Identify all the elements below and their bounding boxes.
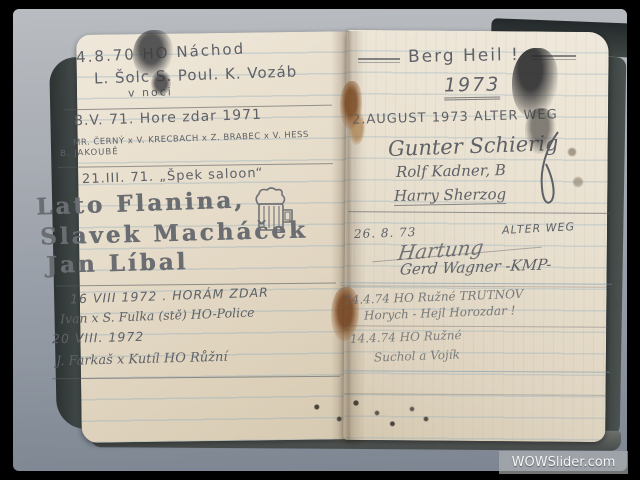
entry-line: MR. ČERNÝ x V. KRECBACH x Z. BRABEC x V.… [73, 130, 309, 148]
entry-line: ALTER WEG [502, 220, 576, 237]
separator-line [56, 283, 336, 287]
entry-line: L. Šolc S. PouI. K. Vozáb [94, 62, 298, 87]
separator-line [340, 285, 612, 287]
ruled-line [340, 282, 612, 284]
entry-line: Jan Líbal [46, 248, 189, 279]
signature: Harry Sherzog [394, 185, 506, 206]
wowslider-watermark[interactable]: WOWSlider.com [499, 451, 628, 474]
separator-line [344, 325, 608, 327]
beer-mug-icon [250, 186, 302, 242]
right-page-title: Berg Heil ! [408, 45, 520, 67]
handwriting-layer: 4.8.70 HO Náchod L. Šolc S. PouI. K. Voz… [0, 0, 640, 480]
entry-line: Suchol a Vojík [374, 348, 460, 365]
entry-line: 16 VIII 1972 . HORÁM ZDAR [70, 285, 269, 307]
entry-line: 8.V. 71. Hore zdar 1971 [74, 107, 262, 130]
entry-line: 26. 8. 73 [354, 225, 417, 241]
right-page-year: 1973 [444, 74, 501, 101]
signature: Rolf Kadner, B [396, 161, 506, 181]
entry-line: Lato Flanina, [36, 186, 246, 220]
photo-frame: 4.8.70 HO Náchod L. Šolc S. PouI. K. Voz… [0, 0, 640, 480]
entry-line: B. JAKOUBĚ [60, 147, 119, 159]
separator-line [52, 376, 340, 380]
separator-line [348, 211, 610, 214]
dirt-specks [300, 395, 440, 435]
entry-line: 21.III. 71. „Špek saloon“ [82, 166, 264, 187]
entry-line: J. Farkaš x Kutíl HO Růžní [56, 350, 228, 369]
ruled-line [342, 370, 610, 372]
paper-spots [560, 140, 590, 200]
entry-line: Horych - Hejl Horozdar ! [364, 303, 516, 322]
entry-line: Ivan x S. Fulka (stě) HO-Police [60, 305, 255, 327]
entry-line: 20 VIII. 1972 [52, 329, 145, 346]
entry-line: 14.4.74 HO Ružné [350, 328, 462, 346]
title-dash-left [358, 58, 400, 60]
